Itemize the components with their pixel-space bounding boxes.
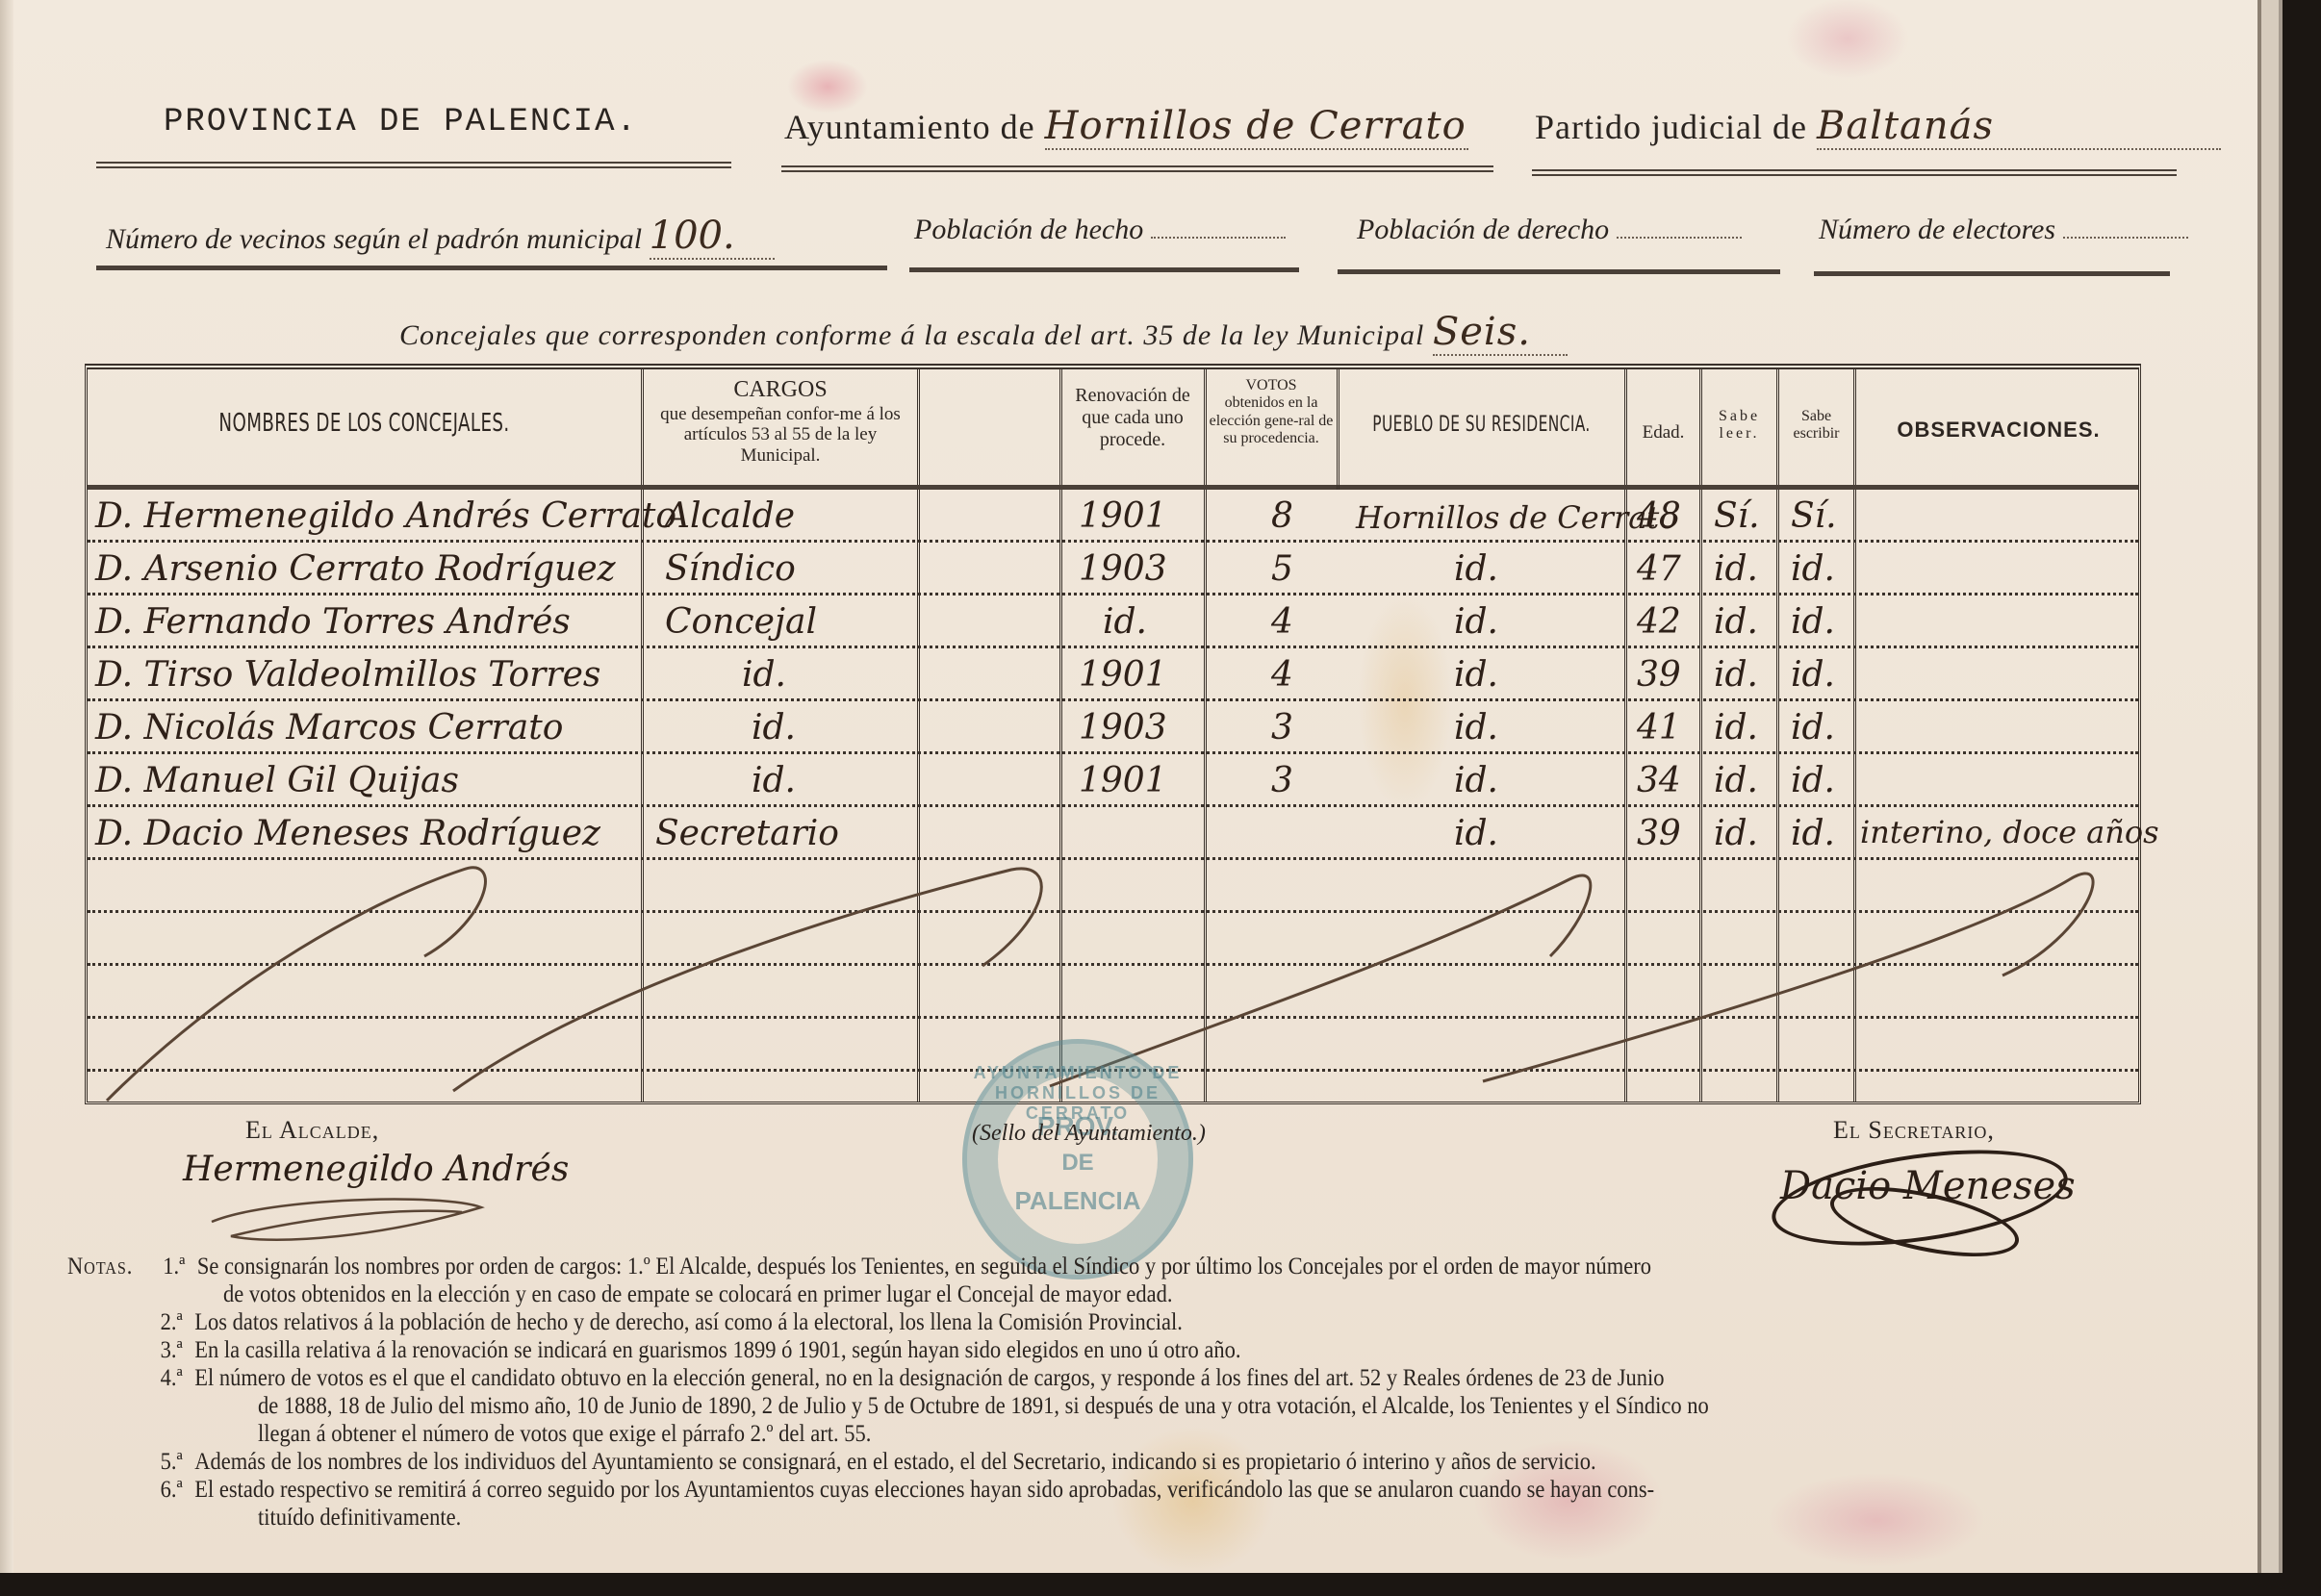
- cell-edad: 34: [1637, 761, 1681, 800]
- stats-rule: [909, 267, 1299, 272]
- cell-pueblo: id.: [1454, 549, 1498, 589]
- ayuntamiento-field: Ayuntamiento de Hornillos de Cerrato: [784, 104, 1468, 150]
- cell-escribir: id.: [1791, 549, 1835, 589]
- cell-leer: id.: [1714, 602, 1758, 642]
- note-4-cont: de 1888, 18 de Julio del mismo año, 10 d…: [67, 1392, 2007, 1420]
- cell-edad: 39: [1637, 814, 1681, 853]
- partido-label: Partido judicial de: [1535, 108, 1807, 146]
- notes-section: Notas.1.ªSe consignarán los nombres por …: [67, 1253, 2007, 1532]
- note-number: 6.ª: [133, 1476, 183, 1504]
- cell-votos: 4: [1271, 602, 1293, 642]
- cell-leer: id.: [1714, 761, 1758, 800]
- stamp-text-de: DE: [967, 1150, 1188, 1177]
- cell-leer: id.: [1714, 708, 1758, 747]
- cell-votos: 3: [1271, 761, 1293, 800]
- concejales-table: NOMBRES DE LOS CONCEJALES. CARGOS que de…: [85, 364, 2141, 1104]
- cell-renovacion: 1903: [1079, 708, 1167, 747]
- provincia-title: PROVINCIA DE PALENCIA.: [164, 104, 638, 140]
- stats-rule: [1338, 269, 1780, 274]
- header-cargos-title: CARGOS: [644, 377, 917, 404]
- note-3: 3.ªEn la casilla relativa á la renovació…: [67, 1336, 2007, 1364]
- header-votos-title: VOTOS: [1207, 377, 1336, 394]
- ayuntamiento-value: Hornillos de Cerrato: [1045, 104, 1468, 150]
- note-number: 4.ª: [133, 1364, 183, 1392]
- cell-pueblo: id.: [1454, 708, 1498, 747]
- cell-nombre: D. Manuel Gil Quijas: [95, 761, 459, 800]
- poblacion-derecho-value: [1617, 237, 1742, 239]
- note-text: El estado respectivo se remitirá á corre…: [194, 1477, 1654, 1503]
- cell-pueblo: Hornillos de Cerrato: [1356, 499, 1677, 536]
- note-number: 2.ª: [133, 1308, 183, 1336]
- concejales-line: Concejales que corresponden conforme á l…: [399, 310, 1568, 356]
- header-rule: [1532, 169, 2177, 176]
- header-sabe-escribir: Sabe escribir: [1779, 408, 1853, 443]
- cell-renovacion: id.: [1103, 602, 1147, 642]
- ayuntamiento-label: Ayuntamiento de: [784, 108, 1035, 146]
- note-text: Los datos relativos á la población de he…: [194, 1309, 1183, 1335]
- electores-label: Número de electores: [1819, 214, 2055, 245]
- cell-edad: 42: [1637, 602, 1681, 642]
- cell-nombre: D. Arsenio Cerrato Rodríguez: [95, 549, 616, 589]
- concejales-value: Seis.: [1433, 310, 1568, 356]
- header-rule: [96, 162, 731, 168]
- book-bottom-edge: [0, 1573, 2321, 1596]
- cell-pueblo: id.: [1454, 814, 1498, 853]
- ayuntamiento-stamp: AYUNTAMIENTO DE HORNILLOS DE CERRATO PRO…: [962, 1039, 1193, 1279]
- header-rule: [781, 165, 1493, 172]
- cell-votos: 3: [1271, 708, 1293, 747]
- vecinos-field: Número de vecinos según el padrón munici…: [106, 214, 775, 260]
- cell-votos: 8: [1271, 496, 1293, 536]
- note-number: 1.ª: [133, 1253, 185, 1280]
- header-sabe-leer: Sabe leer.: [1702, 408, 1776, 443]
- cell-nombre: D. Nicolás Marcos Cerrato: [95, 708, 563, 747]
- cell-nombre: D. Dacio Meneses Rodríguez: [95, 814, 600, 853]
- cell-cargo: id.: [752, 761, 796, 800]
- note-number: 5.ª: [133, 1448, 183, 1476]
- row-line: [88, 593, 2138, 595]
- cell-pueblo: id.: [1454, 602, 1498, 642]
- note-6: 6.ªEl estado respectivo se remitirá á co…: [67, 1476, 2007, 1504]
- vecinos-label: Número de vecinos según el padrón munici…: [106, 223, 642, 255]
- row-line: [88, 646, 2138, 648]
- cell-votos: 4: [1271, 655, 1293, 695]
- header-observaciones: OBSERVACIONES.: [1856, 418, 2141, 442]
- poblacion-derecho-label: Población de derecho: [1357, 214, 1609, 245]
- cell-pueblo: id.: [1454, 761, 1498, 800]
- electores-value: [2063, 237, 2188, 239]
- cell-pueblo: id.: [1454, 655, 1498, 695]
- poblacion-hecho-field: Población de hecho: [914, 214, 1286, 246]
- note-4-cont: llegan á obtener el número de votos que …: [67, 1420, 2007, 1448]
- cell-leer: id.: [1714, 655, 1758, 695]
- note-4: 4.ªEl número de votos es el que el candi…: [67, 1364, 2007, 1392]
- electores-field: Número de electores: [1819, 214, 2188, 246]
- cell-renovacion: 1901: [1079, 655, 1167, 695]
- stats-rule: [1814, 271, 2170, 276]
- row-line: [88, 698, 2138, 701]
- header-cargos: CARGOS que desempeñan confor-me á los ar…: [644, 377, 917, 467]
- sello-label: (Sello del Ayuntamiento.): [972, 1121, 1206, 1147]
- cell-cargo: Alcalde: [665, 496, 795, 536]
- cell-edad: 39: [1637, 655, 1681, 695]
- note-2: 2.ªLos datos relativos á la población de…: [67, 1308, 2007, 1336]
- cell-leer: id.: [1714, 814, 1758, 853]
- cell-nombre: D. Hermenegildo Andrés Cerrato: [95, 496, 676, 536]
- cell-cargo: id.: [752, 708, 796, 747]
- cell-cargo: Secretario: [655, 814, 839, 853]
- header-nombres: NOMBRES DE LOS CONCEJALES.: [148, 410, 580, 439]
- notes-label: Notas.: [67, 1254, 133, 1279]
- cell-escribir: id.: [1791, 708, 1835, 747]
- note-1-cont: de votos obtenidos en la elección y en c…: [67, 1280, 2007, 1308]
- poblacion-hecho-value: [1151, 237, 1286, 239]
- stats-rule: [96, 266, 887, 270]
- header-votos-sub: obtenidos en la elección gene-ral de su …: [1207, 394, 1336, 447]
- note-text: El número de votos es el que el candidat…: [194, 1365, 1664, 1391]
- column-divider: [1337, 369, 1339, 490]
- table-header: NOMBRES DE LOS CONCEJALES. CARGOS que de…: [88, 369, 2138, 490]
- cell-edad: 47: [1637, 549, 1681, 589]
- note-text: Además de los nombres de los individuos …: [194, 1449, 1595, 1475]
- cell-escribir: id.: [1791, 655, 1835, 695]
- note-text: En la casilla relativa á la renovación s…: [194, 1337, 1240, 1363]
- header-pueblo: PUEBLO DE SU RESIDENCIA.: [1370, 413, 1594, 437]
- header-edad: Edad.: [1627, 422, 1699, 443]
- row-line: [88, 751, 2138, 754]
- book-binding: [0, 0, 13, 1578]
- cell-edad: 41: [1637, 708, 1681, 747]
- cell-escribir: id.: [1791, 761, 1835, 800]
- cell-cargo: Síndico: [665, 549, 796, 589]
- cell-escribir: id.: [1791, 814, 1835, 853]
- stamp-text-palencia: PALENCIA: [967, 1186, 1188, 1216]
- cell-renovacion: 1901: [1079, 761, 1167, 800]
- cell-cargo: id.: [742, 655, 786, 695]
- poblacion-derecho-field: Población de derecho: [1357, 214, 1742, 246]
- header-renovacion: Renovación de que cada uno procede.: [1062, 385, 1203, 451]
- partido-value: Baltanás: [1817, 104, 2221, 150]
- cell-nombre: D. Tirso Valdeolmillos Torres: [95, 655, 600, 695]
- document-page: PROVINCIA DE PALENCIA. Ayuntamiento de H…: [0, 0, 2261, 1578]
- note-5: 5.ªAdemás de los nombres de los individu…: [67, 1448, 2007, 1476]
- alcalde-label: El Alcalde,: [245, 1116, 379, 1145]
- poblacion-hecho-label: Población de hecho: [914, 214, 1143, 245]
- note-text: Se consignarán los nombres por orden de …: [197, 1254, 1651, 1279]
- cell-leer: Sí.: [1714, 496, 1760, 536]
- cell-observaciones: interino, doce años: [1860, 814, 2159, 850]
- concejales-label: Concejales que corresponden conforme á l…: [399, 319, 1424, 351]
- cell-escribir: Sí.: [1791, 496, 1837, 536]
- cell-escribir: id.: [1791, 602, 1835, 642]
- cell-nombre: D. Fernando Torres Andrés: [95, 602, 571, 642]
- cell-leer: id.: [1714, 549, 1758, 589]
- cell-cargo: Concejal: [665, 602, 817, 642]
- secretario-label: El Secretario,: [1833, 1116, 1995, 1145]
- note-6-cont: tituído definitivamente.: [67, 1504, 2007, 1532]
- row-line: [88, 540, 2138, 543]
- vecinos-value: 100.: [650, 214, 775, 260]
- header-votos: VOTOS obtenidos en la elección gene-ral …: [1207, 377, 1336, 448]
- cell-renovacion: 1903: [1079, 549, 1167, 589]
- cell-votos: 5: [1271, 549, 1293, 589]
- note-number: 3.ª: [133, 1336, 183, 1364]
- book-edge: [2261, 0, 2321, 1596]
- header-cargos-sub: que desempeñan confor-me á los artículos…: [644, 404, 917, 468]
- partido-field: Partido judicial de Baltanás: [1535, 104, 2221, 150]
- cell-renovacion: 1901: [1079, 496, 1167, 536]
- row-line: [88, 804, 2138, 807]
- cell-edad: 48: [1637, 496, 1681, 536]
- note-1: Notas.1.ªSe consignarán los nombres por …: [67, 1253, 2007, 1280]
